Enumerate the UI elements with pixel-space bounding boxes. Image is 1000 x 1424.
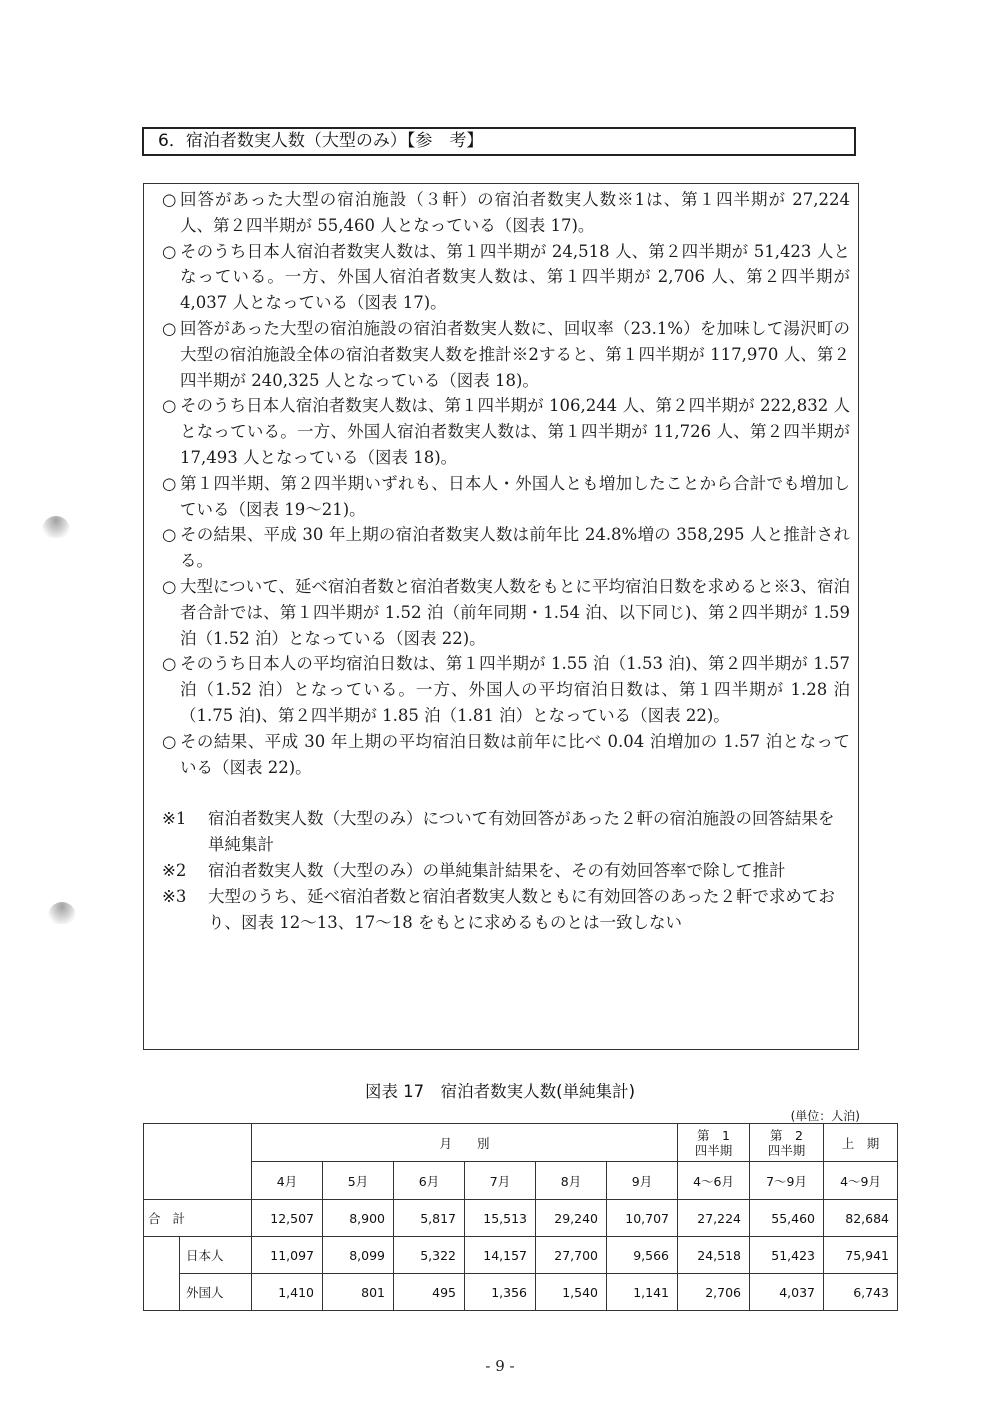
table-cell: 11,097 <box>252 1237 323 1274</box>
header-col: 7〜9月 <box>750 1162 824 1200</box>
header-corner-cell <box>144 1124 252 1200</box>
footnote: ※3大型のうち、延べ宿泊者数と宿泊者数実人数ともに有効回答のあった２軒で求めてお… <box>162 884 850 936</box>
table-cell: 9,566 <box>607 1237 678 1274</box>
row-label: 日本人 <box>180 1237 252 1274</box>
table-cell: 51,423 <box>750 1237 824 1274</box>
table-cell: 5,817 <box>394 1200 465 1237</box>
footnote: ※2宿泊者数実人数（大型のみ）の単純集計結果を、その有効回答率で除して推計 <box>162 858 850 884</box>
table-cell: 1,356 <box>465 1274 536 1311</box>
header-col: 4月 <box>252 1162 323 1200</box>
header-monthly-group: 月 別 <box>252 1124 678 1162</box>
table-row-japanese: 日本人 11,097 8,099 5,322 14,157 27,700 9,5… <box>144 1237 898 1274</box>
table-cell: 8,099 <box>323 1237 394 1274</box>
table-cell: 10,707 <box>607 1200 678 1237</box>
table-row-total: 合計 12,507 8,900 5,817 15,513 29,240 10,7… <box>144 1200 898 1237</box>
table-cell: 82,684 <box>824 1200 898 1237</box>
summary-bullet: ○そのうち日本人宿泊者数実人数は、第１四半期が 106,244 人、第２四半期が… <box>162 393 850 470</box>
summary-bullet: ○回答があった大型の宿泊施設の宿泊者数実人数に、回収率（23.1%）を加味して湯… <box>162 316 850 393</box>
table-cell: 29,240 <box>536 1200 607 1237</box>
header-col: 9月 <box>607 1162 678 1200</box>
table-cell: 4,037 <box>750 1274 824 1311</box>
table-cell: 2,706 <box>678 1274 750 1311</box>
table-cell: 1,141 <box>607 1274 678 1311</box>
punch-hole-lower <box>48 902 76 924</box>
table-cell: 6,743 <box>824 1274 898 1311</box>
table-cell: 27,224 <box>678 1200 750 1237</box>
header-col: 7月 <box>465 1162 536 1200</box>
header-q2: 第 2四半期 <box>750 1124 824 1162</box>
table-cell: 27,700 <box>536 1237 607 1274</box>
header-q1: 第 1四半期 <box>678 1124 750 1162</box>
footnotes: ※1宿泊者数実人数（大型のみ）について有効回答があった２軒の宿泊施設の回答結果を… <box>162 806 850 935</box>
table-header-row-1: 月 別 第 1四半期 第 2四半期 上 期 <box>144 1124 898 1162</box>
row-label: 外国人 <box>180 1274 252 1311</box>
table-cell: 75,941 <box>824 1237 898 1274</box>
table-cell: 8,900 <box>323 1200 394 1237</box>
header-col: 4〜9月 <box>824 1162 898 1200</box>
section-title: 6．宿泊者数実人数（大型のみ）【参 考】 <box>142 127 856 156</box>
header-col: 5月 <box>323 1162 394 1200</box>
summary-bullet: ○その結果、平成 30 年上期の平均宿泊日数は前年に比べ 0.04 泊増加の 1… <box>162 729 850 781</box>
summary-bullet: ○回答があった大型の宿泊施設（３軒）の宿泊者数実人数※1は、第１四半期が 27,… <box>162 187 850 239</box>
footnote: ※1宿泊者数実人数（大型のみ）について有効回答があった２軒の宿泊施設の回答結果を… <box>162 806 850 858</box>
unit-label: (単位：人泊) <box>791 1107 860 1124</box>
table-cell: 55,460 <box>750 1200 824 1237</box>
table-cell: 495 <box>394 1274 465 1311</box>
figure-title: 図表 17 宿泊者数実人数(単純集計) <box>0 1078 1000 1102</box>
table-cell: 24,518 <box>678 1237 750 1274</box>
summary-box: ○回答があった大型の宿泊施設（３軒）の宿泊者数実人数※1は、第１四半期が 27,… <box>143 183 859 1050</box>
header-col: 8月 <box>536 1162 607 1200</box>
summary-bullet: ○そのうち日本人の平均宿泊日数は、第１四半期が 1.55 泊（1.53 泊)、第… <box>162 651 850 728</box>
table-cell: 801 <box>323 1274 394 1311</box>
table-cell: 1,540 <box>536 1274 607 1311</box>
header-col: 6月 <box>394 1162 465 1200</box>
indent-cell <box>144 1237 180 1311</box>
table-cell: 15,513 <box>465 1200 536 1237</box>
table-cell: 14,157 <box>465 1237 536 1274</box>
table-header-row-2: 4月 5月 6月 7月 8月 9月 4〜6月 7〜9月 4〜9月 <box>144 1162 898 1200</box>
punch-hole-upper <box>42 516 70 538</box>
summary-bullet: ○大型について、延べ宿泊者数と宿泊者数実人数をもとに平均宿泊日数を求めると※3、… <box>162 574 850 651</box>
table-cell: 5,322 <box>394 1237 465 1274</box>
summary-bullet: ○その結果、平成 30 年上期の宿泊者数実人数は前年比 24.8%増の 358,… <box>162 522 850 574</box>
table-cell: 1,410 <box>252 1274 323 1311</box>
table-cell: 12,507 <box>252 1200 323 1237</box>
data-table: 月 別 第 1四半期 第 2四半期 上 期 4月 5月 6月 7月 8月 9月 … <box>143 1123 898 1311</box>
page-number: - 9 - <box>0 1357 1000 1375</box>
summary-bullet: ○そのうち日本人宿泊者数実人数は、第１四半期が 24,518 人、第２四半期が … <box>162 239 850 316</box>
header-half: 上 期 <box>824 1124 898 1162</box>
summary-bullet: ○第１四半期、第２四半期いずれも、日本人・外国人とも増加したことから合計でも増加… <box>162 471 850 523</box>
header-col: 4〜6月 <box>678 1162 750 1200</box>
row-label: 合計 <box>144 1200 252 1237</box>
table-row-foreign: 外国人 1,410 801 495 1,356 1,540 1,141 2,70… <box>144 1274 898 1311</box>
